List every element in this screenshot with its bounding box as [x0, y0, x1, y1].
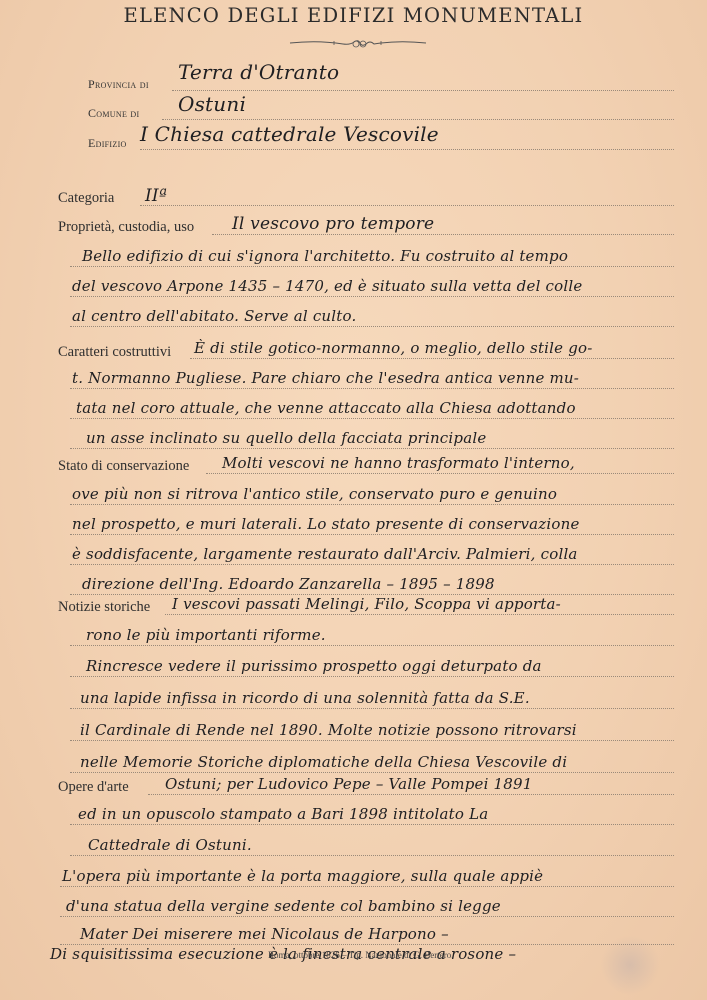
opere-line-2: [70, 855, 674, 856]
provincia-label: Provincia di: [88, 77, 149, 92]
categoria-value: IIª: [145, 186, 167, 206]
proprieta-line-1: [70, 266, 674, 267]
edifizio-line: [140, 149, 674, 150]
stato-line-0: [206, 473, 674, 474]
stato-value-line: Molti vescovi ne hanno trasformato l'int…: [222, 454, 575, 472]
notizie-label: Notizie storiche: [58, 599, 150, 616]
notizie-line-0: [165, 614, 674, 615]
caratteri-line-0: [190, 358, 674, 359]
caratteri-value-line: t. Normanno Pugliese. Pare chiaro che l'…: [72, 369, 579, 387]
opere-line-0: [148, 794, 674, 795]
document-title: ELENCO DEGLI EDIFIZI MONUMENTALI: [0, 4, 707, 27]
notizie-line-3: [70, 708, 674, 709]
printer-imprint: Roma, ottobre 1826 – Tip. Nazionale di G…: [268, 950, 453, 960]
caratteri-line-3: [70, 448, 674, 449]
categoria-label: Categoria: [58, 190, 114, 207]
notizie-value-line: Rincresce vedere il purissimo prospetto …: [86, 657, 542, 675]
stato-label: Stato di conservazione: [58, 458, 189, 475]
notizie-value-line: una lapide infissa in ricordo di una sol…: [80, 689, 530, 707]
proprieta-value-line: del vescovo Arpone 1435 – 1470, ed è sit…: [72, 277, 582, 295]
stato-line-2: [70, 534, 674, 535]
provincia-value: Terra d'Otranto: [178, 60, 339, 84]
categoria-line: [140, 205, 674, 206]
opere-value-line: L'opera più importante è la porta maggio…: [62, 867, 543, 885]
caratteri-value-line: un asse inclinato su quello della faccia…: [86, 429, 486, 447]
proprieta-value-line: al centro dell'abitato. Serve al culto.: [72, 307, 356, 325]
proprieta-label: Proprietà, custodia, uso: [58, 219, 194, 236]
opere-value-line: Cattedrale di Ostuni.: [88, 836, 252, 854]
caratteri-value-line: È di stile gotico-normanno, o meglio, de…: [194, 339, 593, 357]
opere-line-3: [60, 886, 674, 887]
proprieta-line-2: [70, 296, 674, 297]
paper-stain: [600, 935, 660, 995]
opere-value-line: Mater Dei miserere mei Nicolaus de Harpo…: [80, 925, 449, 943]
stato-value-line: ove più non si ritrova l'antico stile, c…: [72, 485, 557, 503]
caratteri-label: Caratteri costruttivi: [58, 344, 171, 361]
notizie-value-line: nelle Memorie Storiche diplomatiche dell…: [80, 753, 567, 771]
proprieta-line-0: [212, 234, 674, 235]
comune-line: [162, 119, 674, 120]
comune-value: Ostuni: [178, 92, 246, 116]
edifizio-label: Edifizio: [88, 136, 127, 151]
opere-value-line: Ostuni; per Ludovico Pepe – Valle Pompei…: [165, 775, 533, 793]
edifizio-value: I Chiesa cattedrale Vescovile: [140, 122, 439, 146]
stato-value-line: nel prospetto, e muri laterali. Lo stato…: [72, 515, 580, 533]
flourish-divider-icon: [288, 36, 428, 50]
opere-label: Opere d'arte: [58, 779, 129, 796]
opere-line-1: [70, 824, 674, 825]
notizie-line-5: [70, 772, 674, 773]
notizie-value-line: il Cardinale di Rende nel 1890. Molte no…: [80, 721, 577, 739]
opere-value-line: ed in un opuscolo stampato a Bari 1898 i…: [78, 805, 488, 823]
caratteri-value-line: tata nel coro attuale, che venne attacca…: [76, 399, 576, 417]
stato-value-line: direzione dell'Ing. Edoardo Zanzarella –…: [82, 575, 495, 593]
opere-value-line: d'una statua della vergine sedente col b…: [66, 897, 501, 915]
provincia-line: [172, 90, 674, 91]
notizie-value-line: rono le più importanti riforme.: [86, 626, 326, 644]
notizie-line-4: [70, 740, 674, 741]
notizie-line-1: [70, 645, 674, 646]
stato-value-line: è soddisfacente, largamente restaurato d…: [72, 545, 578, 563]
caratteri-line-1: [70, 388, 674, 389]
proprieta-value-line: Bello edifizio di cui s'ignora l'archite…: [82, 247, 568, 265]
stato-line-3: [70, 564, 674, 565]
document-page: ELENCO DEGLI EDIFIZI MONUMENTALI Provinc…: [0, 0, 707, 1000]
caratteri-line-2: [70, 418, 674, 419]
comune-label: Comune di: [88, 106, 139, 121]
proprieta-value-line: Il vescovo pro tempore: [232, 214, 434, 234]
notizie-line-2: [70, 676, 674, 677]
proprieta-line-3: [70, 326, 674, 327]
notizie-value-line: I vescovi passati Melingi, Filo, Scoppa …: [172, 595, 561, 613]
stato-line-1: [70, 504, 674, 505]
opere-line-4: [60, 916, 674, 917]
